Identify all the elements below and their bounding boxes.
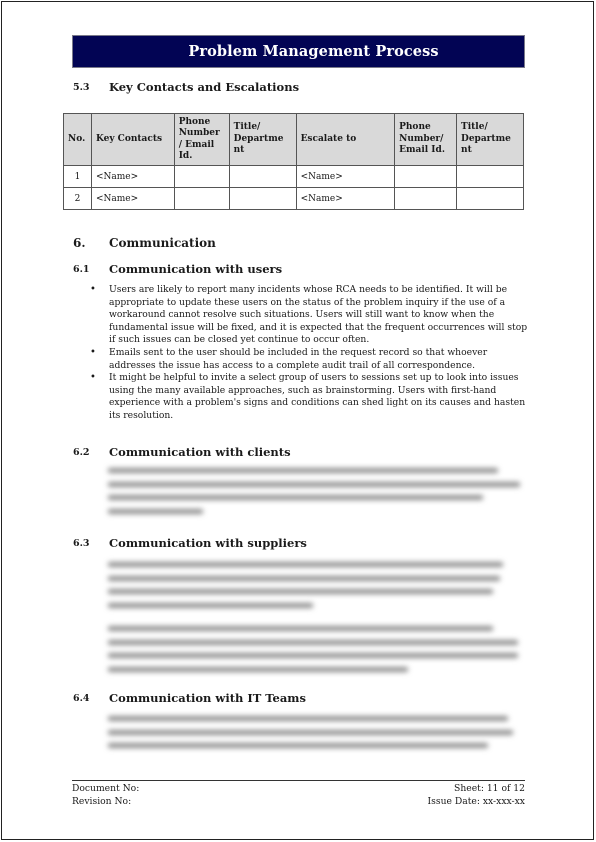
section-number: 6.1 bbox=[73, 264, 90, 275]
column-header: Phone Number / Email Id. bbox=[174, 114, 229, 166]
document-title: Problem Management Process bbox=[72, 35, 525, 68]
footer-divider bbox=[72, 780, 525, 781]
column-header: Phone Number/ Email Id. bbox=[395, 114, 457, 166]
section-title: Communication bbox=[109, 236, 216, 250]
cell-escalate-phone-email bbox=[395, 188, 457, 210]
section-title: Communication with IT Teams bbox=[109, 691, 306, 705]
users-communication-list: Users are likely to report many incident… bbox=[90, 284, 530, 423]
cell-no: 1 bbox=[64, 166, 92, 188]
cell-title-dept bbox=[229, 188, 296, 210]
list-item: Users are likely to report many incident… bbox=[90, 284, 530, 347]
section-title: Communication with suppliers bbox=[109, 536, 307, 550]
section-number: 6.2 bbox=[73, 447, 90, 458]
section-number: 6.4 bbox=[73, 693, 90, 704]
cell-phone-email bbox=[174, 188, 229, 210]
cell-key-contact: <Name> bbox=[91, 188, 174, 210]
blurred-paragraph bbox=[108, 626, 520, 680]
cell-escalate-to: <Name> bbox=[296, 188, 395, 210]
column-header: Title/ Departme nt bbox=[457, 114, 524, 166]
table-row: 1 <Name> <Name> bbox=[64, 166, 524, 188]
column-header: Title/ Departme nt bbox=[229, 114, 296, 166]
key-contacts-table: No. Key Contacts Phone Number / Email Id… bbox=[63, 113, 524, 210]
cell-escalate-to: <Name> bbox=[296, 166, 395, 188]
section-number: 6.3 bbox=[73, 538, 90, 549]
table-header-row: No. Key Contacts Phone Number / Email Id… bbox=[64, 114, 524, 166]
cell-no: 2 bbox=[64, 188, 92, 210]
table-row: 2 <Name> <Name> bbox=[64, 188, 524, 210]
cell-title-dept bbox=[229, 166, 296, 188]
list-item: It might be helpful to invite a select g… bbox=[90, 372, 530, 422]
document-number-label: Document No: bbox=[72, 782, 139, 795]
section-number: 6. bbox=[73, 236, 86, 250]
issue-date: Issue Date: xx-xxx-xx bbox=[428, 795, 525, 808]
list-item: Emails sent to the user should be includ… bbox=[90, 347, 530, 372]
revision-number-label: Revision No: bbox=[72, 795, 139, 808]
footer-right: Sheet: 11 of 12 Issue Date: xx-xxx-xx bbox=[428, 782, 525, 808]
blurred-paragraph bbox=[108, 468, 520, 522]
cell-phone-email bbox=[174, 166, 229, 188]
cell-escalate-title-dept bbox=[457, 188, 524, 210]
blurred-paragraph bbox=[108, 716, 520, 757]
footer-left: Document No: Revision No: bbox=[72, 782, 139, 808]
section-title: Communication with clients bbox=[109, 445, 291, 459]
cell-escalate-title-dept bbox=[457, 166, 524, 188]
section-title: Key Contacts and Escalations bbox=[109, 80, 299, 94]
cell-escalate-phone-email bbox=[395, 166, 457, 188]
column-header: Escalate to bbox=[296, 114, 395, 166]
column-header: Key Contacts bbox=[91, 114, 174, 166]
section-title: Communication with users bbox=[109, 262, 282, 276]
sheet-number: Sheet: 11 of 12 bbox=[428, 782, 525, 795]
blurred-paragraph bbox=[108, 562, 520, 616]
column-header: No. bbox=[64, 114, 92, 166]
cell-key-contact: <Name> bbox=[91, 166, 174, 188]
section-number: 5.3 bbox=[73, 82, 90, 93]
